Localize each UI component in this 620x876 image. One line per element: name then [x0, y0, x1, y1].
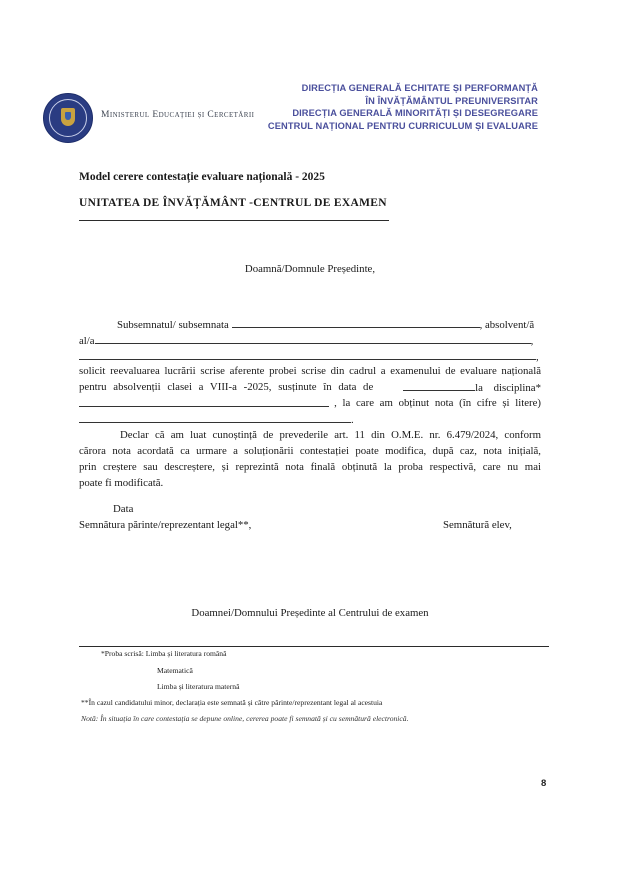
footnote-separator	[79, 646, 549, 647]
comma: ,	[531, 335, 534, 347]
grade-field[interactable]	[79, 412, 351, 423]
directorate-line: ÎN ÎNVĂȚĂMÂNTUL PREUNIVERSITAR	[268, 95, 538, 108]
school-label: al/a	[79, 335, 95, 347]
form-line-2: al/a,	[79, 333, 541, 348]
footnote-proba-item: Limba și literatura maternă	[157, 682, 239, 691]
declaration-line-3: prin creștere sau descreștere, și reprez…	[79, 460, 541, 474]
footnote-minor: **În cazul candidatului minor, declarați…	[81, 698, 382, 707]
parent-signature-label: Semnătura părinte/reprezentant legal**,	[79, 518, 251, 532]
period: .	[351, 414, 354, 426]
footnote-proba: *Proba scrisă: Limba și literatura român…	[101, 649, 226, 658]
document-title: Model cerere contestație evaluare națion…	[79, 171, 325, 183]
student-signature-label: Semnătură elev,	[443, 518, 512, 532]
form-line-7: .	[79, 412, 541, 427]
salutation: Doamnă/Domnule Președinte,	[0, 262, 620, 276]
note-text: În situația în care contestația se depun…	[100, 714, 408, 723]
name-label: Subsemnatul/ subsemnata	[117, 319, 229, 331]
discipline-label: la disciplina*	[475, 382, 541, 394]
form-line-5: pentru absolvenții clasei a VIII-a -2025…	[79, 380, 541, 395]
directorate-line: DIRECȚIA GENERALĂ ECHITATE ȘI PERFORMANȚ…	[268, 82, 538, 95]
name-field[interactable]	[232, 317, 480, 328]
page-number: 8	[541, 778, 546, 789]
grade-label: , la care am obținut nota (în cifre și l…	[334, 396, 541, 410]
form-line-6: , la care am obținut nota (în cifre și l…	[79, 396, 541, 410]
directorate-block: DIRECȚIA GENERALĂ ECHITATE ȘI PERFORMANȚ…	[268, 82, 538, 132]
directorate-line: CENTRUL NAȚIONAL PENTRU CURRICULUM ȘI EV…	[268, 120, 538, 133]
exam-date-field[interactable]	[403, 380, 475, 391]
school-field[interactable]	[95, 333, 531, 344]
declaration-line-1: Declar că am luat cunoștință de preveder…	[120, 428, 541, 442]
form-line-3: ,	[79, 349, 541, 364]
comma: ,	[536, 351, 539, 363]
discipline-field[interactable]	[79, 396, 329, 407]
ministry-name: Ministerul Educației și Cercetării	[101, 110, 254, 120]
footnote-note: Notă: În situația în care contestația se…	[81, 714, 408, 723]
unit-heading: UNITATEA DE ÎNVĂȚĂMÂNT -CENTRUL DE EXAME…	[79, 197, 387, 209]
declaration-line-4: poate fi modificată.	[79, 476, 163, 490]
form-line-1: Subsemnatul/ subsemnata , absolvent/ă	[79, 317, 541, 332]
declaration-line-2: cărora nota acordată ca urmare a soluțio…	[79, 444, 541, 458]
unit-underline	[79, 220, 389, 221]
note-label: Notă:	[81, 714, 98, 723]
date-label: Data	[113, 502, 133, 516]
school-field-continued[interactable]	[79, 349, 536, 360]
coat-of-arms-icon	[61, 108, 75, 126]
form-line-4: solicit reevaluarea lucrării scrise afer…	[79, 364, 541, 378]
graduate-label: , absolvent/ă	[480, 319, 535, 331]
footnote-proba-item: Matematică	[157, 666, 193, 675]
ministry-seal-icon	[43, 93, 93, 143]
addressee: Doamnei/Domnului Președinte al Centrului…	[0, 606, 620, 620]
exam-date-label: pentru absolvenții clasei a VIII-a -2025…	[79, 380, 373, 395]
directorate-line: DIRECȚIA GENERALĂ MINORITĂȚI ȘI DESEGREG…	[268, 107, 538, 120]
